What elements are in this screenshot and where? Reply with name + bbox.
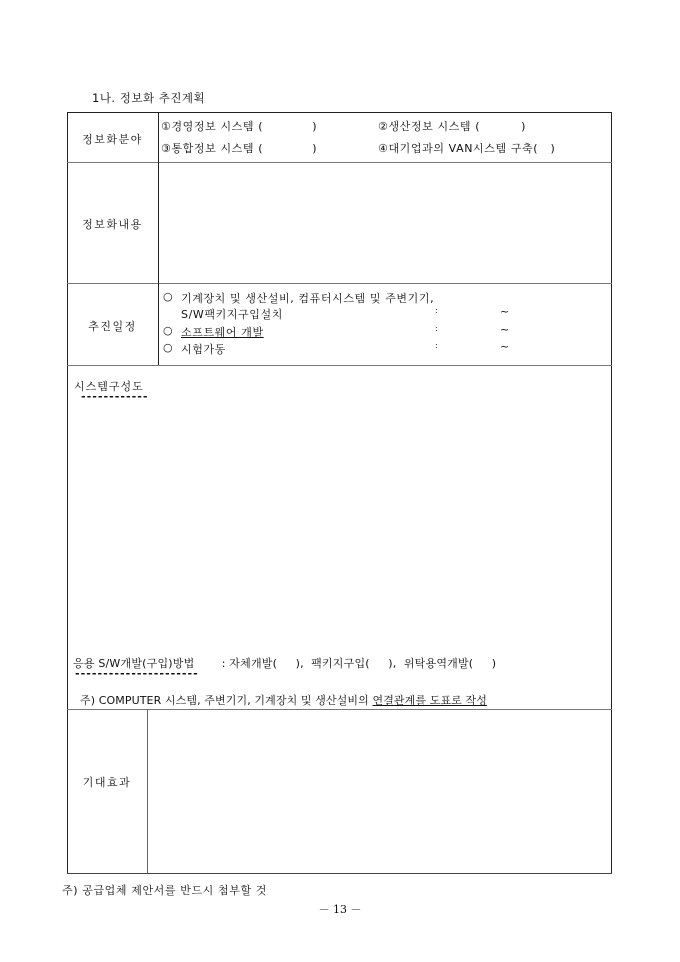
footnote: 주) 공급업체 제안서를 반드시 첨부할 것	[62, 882, 267, 898]
column-divider	[147, 709, 148, 873]
table-bottom-border	[67, 873, 612, 874]
title-dash-underline: ------------	[80, 393, 147, 401]
option-production-info: ②생산정보 시스템 ( )	[378, 118, 526, 134]
schedule-colon: :	[435, 306, 438, 315]
option-management-info: ①경영정보 시스템 ( )	[161, 118, 317, 134]
sw-method-dash-underline: ----------------------	[74, 670, 198, 678]
row-divider	[67, 365, 612, 366]
schedule-tilde: ~	[500, 340, 510, 353]
column-divider	[158, 112, 159, 365]
option-integrated-info: ③통합정보 시스템 ( )	[161, 140, 317, 156]
schedule-bullet: ○	[163, 290, 173, 303]
schedule-tilde: ~	[500, 305, 510, 318]
page-number: － 13 －	[0, 901, 680, 917]
row-divider	[67, 162, 612, 163]
diagram-note-underlined: 연결관계를 도표로 작성	[372, 694, 486, 707]
content-field[interactable]	[160, 164, 610, 282]
diagram-note: 주) COMPUTER 시스템, 주변기기, 기계장치 및 생산설비의 연결관계…	[80, 692, 487, 708]
schedule-item-equipment: 기계장치 및 생산설비, 컴퓨터시스템 및 주변기기,	[181, 290, 434, 306]
schedule-colon: :	[435, 341, 438, 350]
section-title: 1나. 정보화 추진계획	[92, 90, 205, 106]
schedule-bullet: ○	[163, 341, 173, 354]
diagram-note-prefix: 주) COMPUTER 시스템, 주변기기, 기계장치 및 생산설비의	[80, 694, 372, 707]
schedule-item-sw-package: S/W팩키지구입설치	[181, 306, 283, 322]
content-label: 정보화내용	[67, 216, 158, 232]
schedule-bullet: ○	[163, 324, 173, 337]
effect-field[interactable]	[149, 711, 610, 871]
row-divider	[67, 709, 612, 710]
row-divider	[67, 283, 612, 284]
system-diagram-area[interactable]	[70, 408, 608, 648]
field-label: 정보화분야	[67, 131, 158, 147]
table-top-border	[67, 112, 612, 113]
table-right-border	[611, 112, 612, 873]
schedule-colon: :	[435, 324, 438, 333]
schedule-item-software-dev: 소프트웨어 개발	[181, 324, 264, 340]
sw-method-options: : 자체개발( ), 팩키지구입( ), 위탁용역개발( )	[218, 655, 496, 671]
schedule-tilde: ~	[500, 323, 510, 336]
schedule-label: 추진일정	[67, 318, 158, 334]
option-van-system: ④대기업과의 VAN시스템 구축( )	[378, 140, 555, 156]
schedule-item-test-run: 시험가동	[181, 341, 226, 357]
effect-label: 기대효과	[67, 774, 147, 790]
